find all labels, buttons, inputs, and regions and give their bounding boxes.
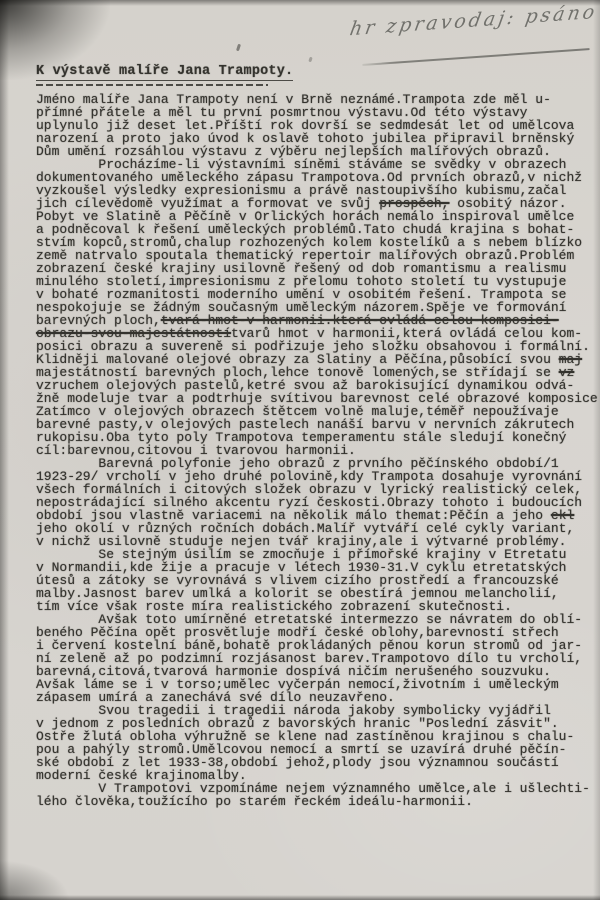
handwritten-underline — [362, 48, 590, 66]
scan-shadow-right — [593, 0, 600, 900]
title-dashed-underline — [36, 84, 268, 86]
scanned-page: hr zpravodaj: psáno K výstavě malíře Jan… — [0, 0, 600, 900]
text-segment: lého člověka,toužícího po starém řeckém … — [36, 794, 473, 809]
document-line: lého člověka,toužícího po starém řeckém … — [36, 795, 592, 808]
scan-shadow-left — [0, 0, 9, 900]
ink-speck — [308, 57, 312, 63]
document-title-text: K výstavě malíře Jana Trampoty. — [36, 64, 293, 81]
ink-speck — [236, 44, 241, 52]
scan-shadow-bottom — [0, 895, 600, 900]
handwritten-annotation: hr zpravodaj: psáno — [348, 1, 597, 40]
scan-shadow-corner-bottom-left — [0, 860, 70, 900]
document-body: Jméno malíře Jana Trampoty není v Brně n… — [36, 93, 592, 808]
document-title: K výstavě malíře Jana Trampoty. — [36, 64, 293, 79]
